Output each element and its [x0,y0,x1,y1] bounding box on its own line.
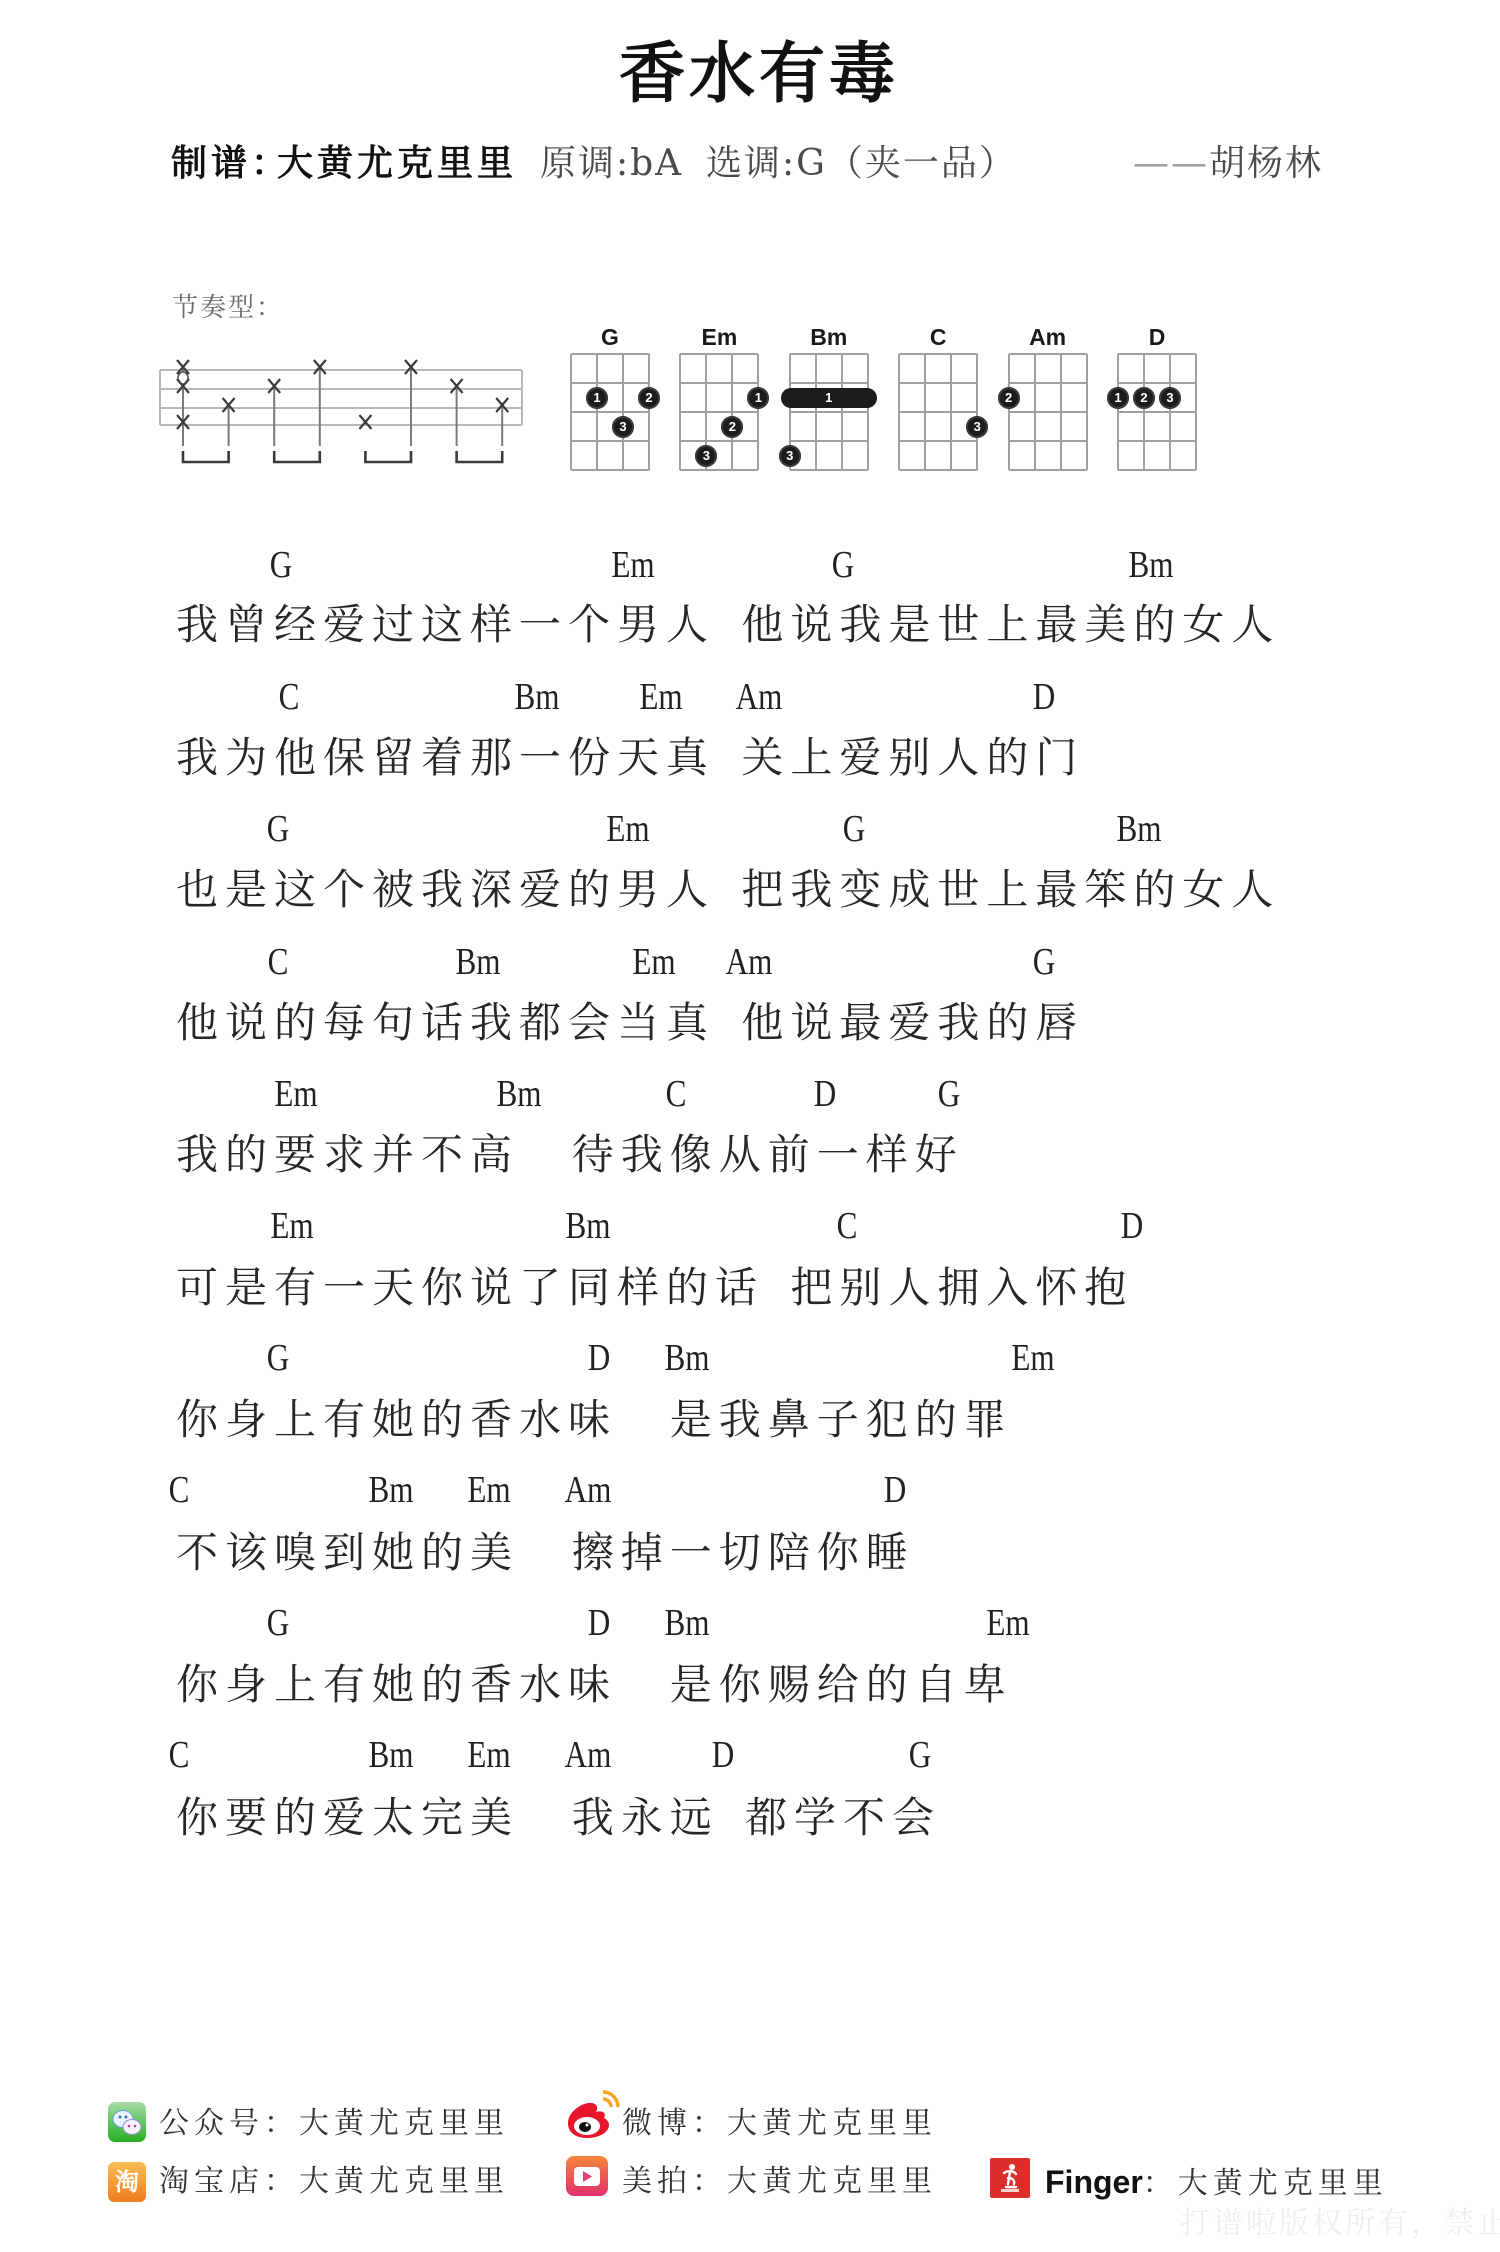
account-handle: 大黄尤克里里 [1178,2166,1388,2201]
beat-beam [365,451,411,462]
finger-dot: 3 [779,445,801,467]
account-handle: 大黄尤克里里 [299,2106,509,2141]
chord-name: D [1098,324,1216,350]
meipai-icon [566,2156,608,2196]
chord-diagram-c: C3 [899,354,977,470]
chord-label: G [909,1733,932,1777]
rhythm-staff [150,340,550,470]
lyric-line: 我曾经爱过这样一个男人 他说我是世上最美的女人 [176,599,1280,651]
original-key: 原调:bA [540,142,683,186]
chord-label: G [267,807,290,851]
lyric-line: 你身上有她的香水味 是你赐给的自卑 [176,1659,1013,1711]
chord-label: Bm [1116,807,1161,851]
finger-dot: 1 [586,387,608,409]
chord-label: Em [632,940,675,984]
fretboard-grid [571,354,649,470]
lyric-line: 你要的爱太完美 我永远 都学不会 [176,1792,941,1844]
strum-stroke [359,415,371,429]
separator: ： [1143,2166,1178,2201]
finger-dot: 3 [1159,387,1181,409]
finger-number: 1 [755,390,762,405]
platform-label: 公众号 [159,2106,264,2141]
chord-label: Bm [565,1204,610,1248]
footer-finger-account: Finger：大黄尤克里里 [1045,2164,1388,2202]
chord-label: Bm [368,1468,413,1512]
lyric-line: 你身上有她的香水味 是我鼻子犯的罪 [176,1394,1013,1446]
strum-stroke [496,398,508,446]
fretboard-grid [1118,354,1196,470]
finger-dot: 3 [612,416,634,438]
finger-dot: 1 [747,387,769,409]
finger-icon [990,2158,1030,2198]
finger-number: 1 [593,390,600,405]
barre-bar: 1 [781,388,877,408]
x-mark-icon [359,415,371,429]
lyric-line: 他说的每句话我都会当真 他说最爱我的唇 [176,997,1084,1049]
chord-label: Am [565,1733,612,1777]
arranger-name: 大黄尤克里里 [277,142,517,186]
chord-label: Em [986,1601,1029,1645]
finger-dot: 2 [998,387,1020,409]
chord-label: G [843,807,866,851]
chord-diagram-g: G123 [571,354,649,470]
weibo-icon [563,2088,623,2140]
chord-label: D [588,1336,611,1380]
finger-number: 1 [1114,390,1121,405]
chord-label: G [267,1336,290,1380]
finger-dot: 2 [638,387,660,409]
platform-label: 美拍 [622,2164,692,2199]
chord-label: C [169,1468,190,1512]
taobao-icon-glyph: 淘 [108,2162,146,2202]
chord-label: D [884,1468,907,1512]
footer-wechat-account: 公众号：大黄尤克里里 [159,2106,509,2142]
artist-dash: —— [1133,143,1209,184]
footer-meipai-account: 美拍：大黄尤克里里 [622,2164,937,2200]
footer-weibo-account: 微博：大黄尤克里里 [622,2106,937,2142]
beat-beam [457,451,503,462]
chord-name: C [879,324,997,350]
arranger-label: 制谱： [171,142,291,186]
lyric-line: 也是这个被我深爱的男人 把我变成世上最笨的女人 [176,864,1280,916]
finger-dot: 3 [695,445,717,467]
lyric-line: 我为他保留着那一份天真 关上爱别人的门 [176,732,1084,784]
strum-stroke [405,360,417,446]
finger-number: 3 [703,448,710,463]
chord-label: Em [274,1072,317,1116]
chord-name: G [551,324,669,350]
footer-taobao-shop: 淘宝店：大黄尤克里里 [159,2164,509,2200]
chord-label: Bm [664,1601,709,1645]
account-handle: 大黄尤克里里 [727,2164,937,2199]
finger-dot: 2 [721,416,743,438]
separator: ： [692,2164,727,2199]
finger-number: 2 [729,419,736,434]
account-handle: 大黄尤克里里 [727,2106,937,2141]
copyright-watermark: 打谱啦版权所有，禁止转载 [1180,2206,1500,2242]
chord-label: D [814,1072,837,1116]
chord-diagram-em: Em123 [680,354,758,470]
chord-diagram-bm: Bm13 [790,354,868,470]
beat-beam [274,451,320,462]
chord-label: Am [565,1468,612,1512]
chord-name: Em [660,324,778,350]
chord-label: C [279,675,300,719]
chord-label: Am [726,940,773,984]
separator: ： [264,2106,299,2141]
finger-number: 3 [974,419,981,434]
finger-number: 2 [645,390,652,405]
strum-stroke [177,360,189,446]
chord-label: G [938,1072,961,1116]
strum-stroke [223,398,235,446]
platform-label: Finger [1045,2164,1143,2200]
taobao-icon: 淘 [108,2162,146,2202]
chord-label: Bm [514,675,559,719]
chord-label: Bm [496,1072,541,1116]
chord-diagram-d: D123 [1118,354,1196,470]
separator: ： [692,2106,727,2141]
chord-label: D [1033,675,1056,719]
chord-label: Em [639,675,682,719]
fretboard-grid [790,354,868,470]
lyric-line: 不该嗅到她的美 擦掉一切陪你睡 [176,1527,915,1579]
chord-label: D [1121,1204,1144,1248]
finger-number: 3 [619,419,626,434]
finger-dot: 1 [1107,387,1129,409]
chord-label: G [832,543,855,587]
chord-label: Em [606,807,649,851]
chord-label: G [267,1601,290,1645]
fretboard-grid [1009,354,1087,470]
strum-stroke [314,360,326,446]
platform-label: 微博 [622,2106,692,2141]
chord-label: G [270,543,293,587]
chord-label: C [837,1204,858,1248]
selected-key: 选调:G（夹一品） [706,142,1017,186]
account-handle: 大黄尤克里里 [299,2164,509,2199]
chord-label: D [712,1733,735,1777]
finger-number: 3 [1166,390,1173,405]
chord-label: C [268,940,289,984]
lyric-line: 可是有一天你说了同样的话 把别人拥入怀抱 [176,1262,1133,1314]
beat-beam [183,451,229,462]
lyric-line: 我的要求并不高 待我像从前一样好 [176,1129,964,1181]
chord-label: Em [1011,1336,1054,1380]
chord-name: Bm [770,324,888,350]
chord-label: C [169,1733,190,1777]
chord-label: Bm [455,940,500,984]
chord-label: Bm [664,1336,709,1380]
finger-number: 2 [1140,390,1147,405]
chord-label: D [588,1601,611,1645]
fretboard-grid [899,354,977,470]
chord-label: Em [467,1468,510,1512]
chord-label: Em [270,1204,313,1248]
finger-number: 1 [825,390,832,405]
artist-credit: ——胡杨林 [1133,142,1323,186]
artist-name: 胡杨林 [1209,143,1323,184]
fretboard-grid [680,354,758,470]
wechat-icon [108,2102,146,2142]
finger-dot: 3 [966,416,988,438]
chord-name: Am [989,324,1107,350]
chord-label: Am [736,675,783,719]
chord-label: Bm [1128,543,1173,587]
separator: ： [264,2164,299,2199]
chord-label: Em [467,1733,510,1777]
rhythm-label: 节奏型： [172,292,284,324]
chord-label: C [666,1072,687,1116]
finger-number: 2 [1005,390,1012,405]
chord-label: G [1033,940,1056,984]
finger-dot: 2 [1133,387,1155,409]
platform-label: 淘宝店 [159,2164,264,2199]
finger-number: 3 [786,448,793,463]
song-title: 香水有毒 [455,34,1059,114]
chord-diagram-am: Am2 [1009,354,1087,470]
chord-label: Bm [368,1733,413,1777]
chord-label: Em [611,543,654,587]
